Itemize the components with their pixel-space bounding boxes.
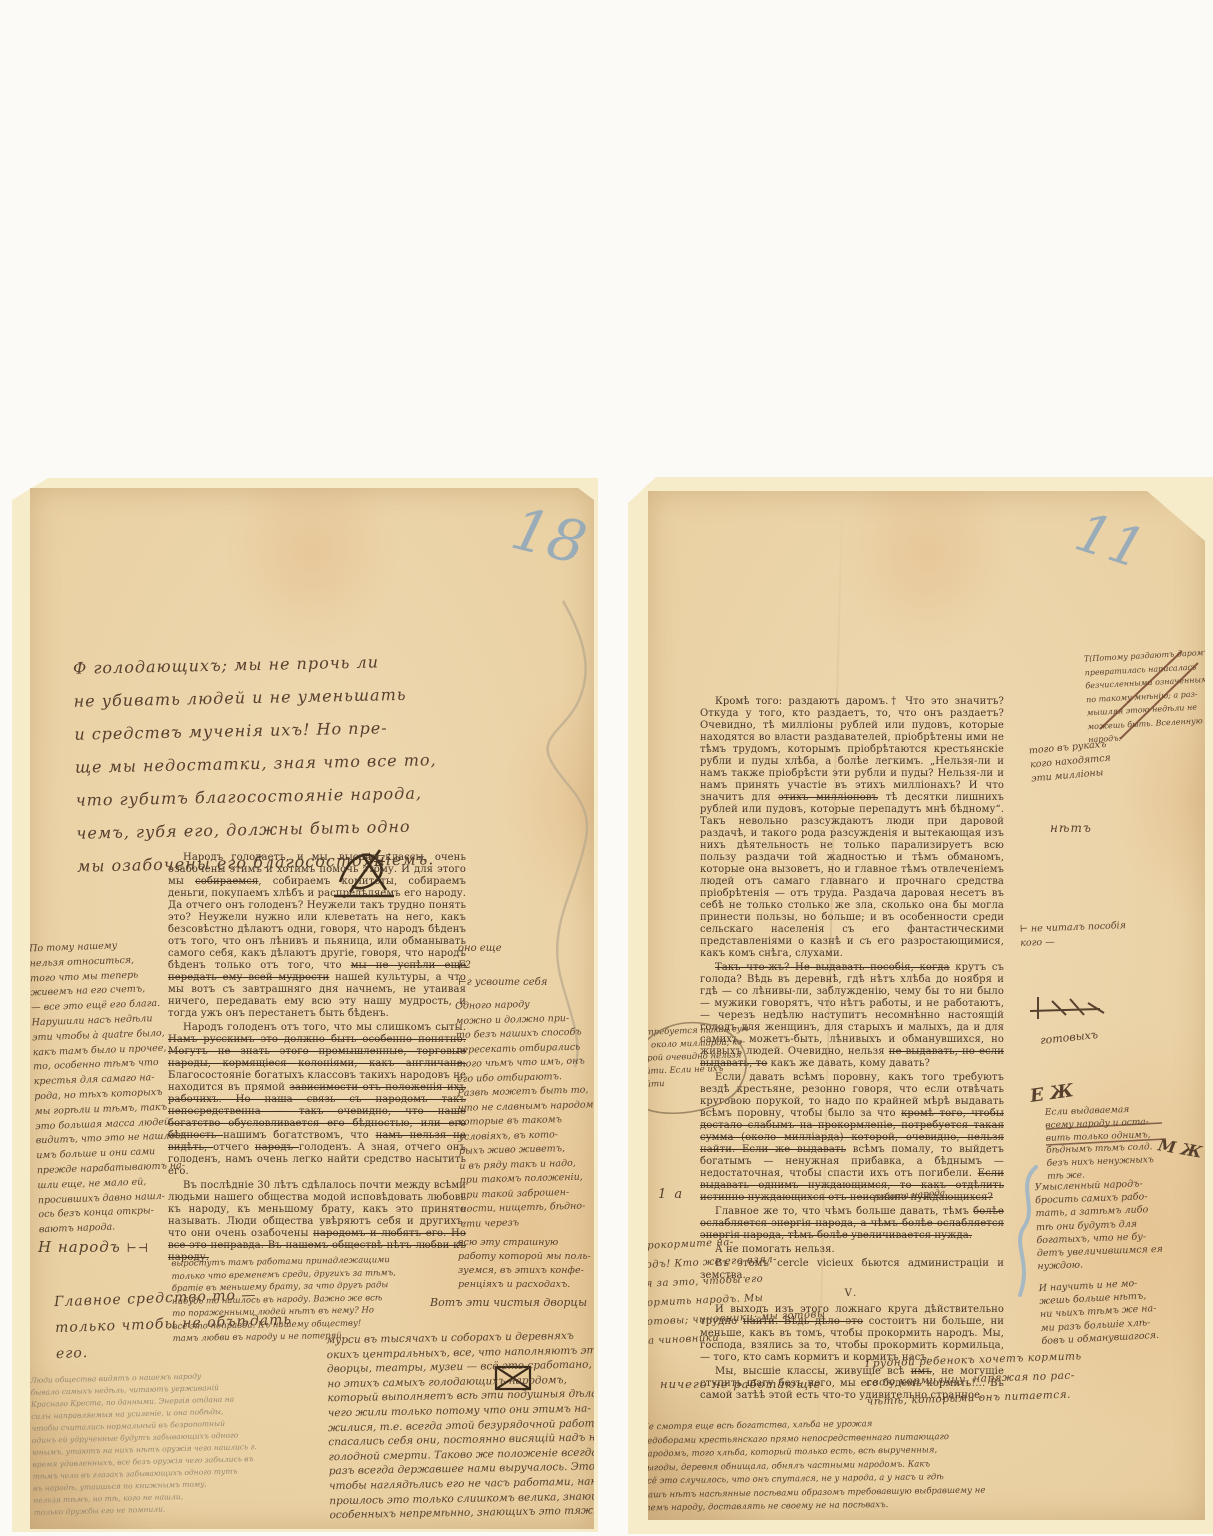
right-manuscript-page: 11 Т(Потому раздаютъ даромъпревратилась … (648, 491, 1205, 1520)
printed-paragraph: Въ послѣдніе 30 лѣтъ сдѣлалось почти меж… (168, 1180, 466, 1264)
right-margin-long-annotation: Одного народуможно и должно при-то безъ … (455, 996, 606, 1232)
left-manuscript-page: 18 Ф голодающихъ; мы не прочь лине убива… (30, 488, 594, 1529)
margin-note-gotovyh: готовыхъ (1039, 1028, 1098, 1047)
scan-background: { "left_page": { "page_number": "18", "h… (0, 0, 1213, 1536)
printed-paragraph: Кромѣ того: раздаютъ даромъ.† Что это зн… (700, 696, 1004, 960)
narod-annotation-text: Н народъ (38, 1238, 121, 1256)
margin-note-nauchit: И научить и не мо-жешь больше нѣтъ,ни чь… (1038, 1276, 1159, 1348)
margin-note-posobie: ⊢ не читалъ пособіякого — (1020, 919, 1127, 951)
mark-one-a: 1 а (658, 1187, 684, 1202)
right-margin-small-notes-top: оно ещеГ2⊢г усвоите себя (458, 940, 547, 991)
margin-scribble-1: Е Ж (1029, 1080, 1075, 1107)
crossout-strokes (1086, 643, 1206, 753)
pencil-annotation-block: Люди общества видятъ о нашемъ народубыва… (30, 1369, 258, 1519)
margin-note-strike (1044, 1119, 1174, 1159)
printed-text-block-left: Народъ голодаетъ, и мы, высшіе классы, о… (168, 852, 466, 1266)
narod-annotation: Н народъ ⊢⊣ (38, 1238, 149, 1256)
margin-note-net: нѣтъ (1050, 821, 1092, 835)
printed-paragraph: Народъ голодаетъ, и мы, высшіе классы, о… (168, 852, 466, 1020)
editor-flag-marks: ⊢⊣ (127, 1241, 150, 1255)
left-margin-annotation-column: По тому нашемунельзя относиться,того что… (29, 938, 171, 1238)
right-margin-continuation: всю эту страшнуюработу которой мы поль-з… (458, 1236, 591, 1292)
printed-paragraph: Народъ голоденъ отъ того, что мы слишком… (168, 1022, 466, 1178)
vot-dvortsy-annotation: Вотъ эти чистыя дворцы (430, 1296, 587, 1309)
margin-note-umyslenny: Умысленный народъ-бросить самихъ рабо-та… (1034, 1177, 1163, 1274)
tally-strike-mark (1026, 993, 1126, 1023)
margin-note-millions: того въ рукахъкого находятсяэти милліоны (1028, 738, 1112, 787)
grudnoi-rebenok-annotation: Грудной ребенокъ хочетъ кормитьсвою корм… (865, 1347, 1083, 1412)
nichego-annotation: ничего не работающіе (660, 1377, 821, 1391)
bottom-handwritten-paragraph: Не смотря еще всѣ богатства, хлѣба не ур… (641, 1417, 985, 1516)
right-page-number: 11 (1068, 500, 1153, 581)
prokormite-annotation: Прокормите на-родъ! Кто же его взял-ся з… (638, 1229, 827, 1351)
blue-pencil-bracket (1012, 1163, 1042, 1303)
left-page-number: 18 (505, 494, 593, 578)
